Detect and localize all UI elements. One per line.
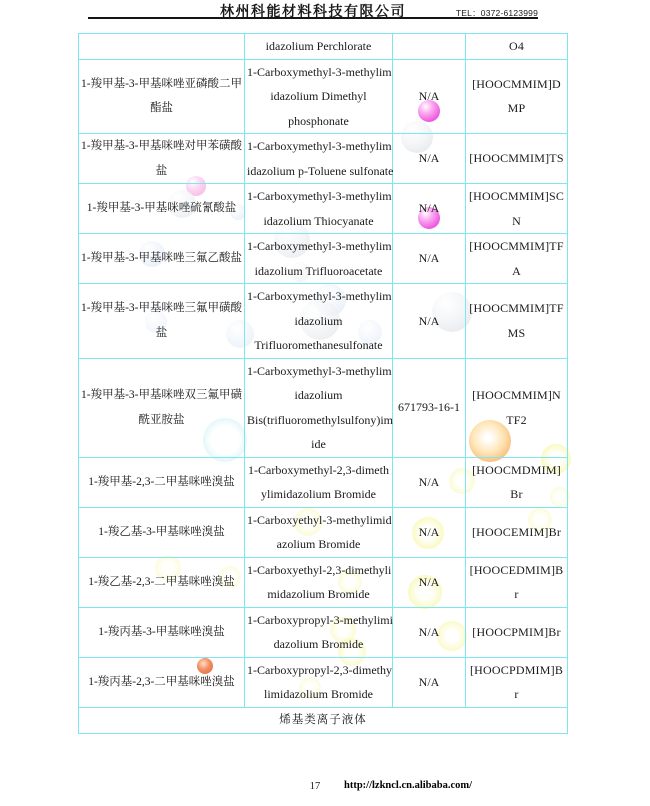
cell-line: 1-Carboxymethyl-3-methylim	[247, 184, 390, 209]
cell-english-name: 1-Carboxyethyl-2,3-dimethylimidazolium B…	[245, 557, 393, 607]
footer-url-link[interactable]: http://lzkncl.cn.alibaba.com/	[344, 780, 472, 791]
cell-line: [HOOCMMIM]TF	[468, 234, 565, 259]
cell-line: N/A	[395, 620, 463, 645]
cell-cas-number: N/A	[393, 657, 466, 707]
cell-line: [HOOCMMIM]TS	[468, 146, 565, 171]
cell-line: 1-Carboxypropyl-2,3-dimethy	[247, 658, 390, 683]
cell-line: [HOOCPMIM]Br	[468, 620, 565, 645]
cell-line: idazolium Perchlorate	[247, 34, 390, 59]
cell-line: idazolium Thiocyanate	[247, 209, 390, 234]
cell-line: 1-Carboxymethyl-3-methylim	[247, 60, 390, 85]
cell-line: 1-Carboxymethyl-2,3-dimeth	[247, 458, 390, 483]
cell-line: 1-Carboxymethyl-3-methylim	[247, 359, 390, 384]
cell-line: 1-羧丙基-3-甲基咪唑溴盐	[81, 620, 242, 645]
cell-line: 酯盐	[81, 96, 242, 121]
compound-row: 1-羧甲基-3-甲基咪唑双三氟甲磺酰亚胺盐1-Carboxymethyl-3-m…	[79, 358, 568, 457]
cell-abbreviation: [HOOCPDMIM]Br	[466, 657, 568, 707]
cell-chinese-name: 1-羧丙基-2,3-二甲基咪唑溴盐	[79, 657, 245, 707]
cell-abbreviation: [HOOCPMIM]Br	[466, 607, 568, 657]
compound-table: idazolium PerchlorateO41-羧甲基-3-甲基咪唑亚磷酸二甲…	[78, 33, 568, 734]
cell-line: [HOOCMMIM]SC	[468, 184, 565, 209]
cell-cas-number: N/A	[393, 557, 466, 607]
cell-chinese-name: 1-羧乙基-2,3-二甲基咪唑溴盐	[79, 557, 245, 607]
cell-chinese-name: 1-羧甲基-3-甲基咪唑硫氰酸盐	[79, 184, 245, 234]
cell-line: N/A	[395, 470, 463, 495]
cell-line: 1-羧乙基-3-甲基咪唑溴盐	[81, 520, 242, 545]
cell-english-name: 1-Carboxyethyl-3-methylimidazolium Bromi…	[245, 507, 393, 557]
cell-line: [HOOCMMIM]N	[468, 383, 565, 408]
cell-abbreviation: [HOOCMMIM]TFA	[466, 234, 568, 284]
cell-english-name: 1-Carboxypropyl-3-methylimidazolium Brom…	[245, 607, 393, 657]
cell-cas-number: N/A	[393, 234, 466, 284]
cell-line: 1-羧甲基-3-甲基咪唑对甲苯磺酸	[81, 134, 242, 159]
cell-line: A	[468, 259, 565, 284]
cell-line: 1-羧丙基-2,3-二甲基咪唑溴盐	[81, 670, 242, 695]
cell-chinese-name: 1-羧甲基-3-甲基咪唑三氟乙酸盐	[79, 234, 245, 284]
cell-line: MP	[468, 96, 565, 121]
compound-row: 1-羧甲基-3-甲基咪唑三氟乙酸盐1-Carboxymethyl-3-methy…	[79, 234, 568, 284]
cell-cas-number: N/A	[393, 457, 466, 507]
cell-abbreviation: O4	[466, 34, 568, 60]
cell-line: phosphonate	[247, 109, 390, 134]
cell-line: 酰亚胺盐	[81, 408, 242, 433]
cell-english-name: idazolium Perchlorate	[245, 34, 393, 60]
cell-line: 1-Carboxyethyl-3-methylimid	[247, 508, 390, 533]
cell-line: r	[468, 582, 565, 607]
cell-cas-number: 671793-16-1	[393, 358, 466, 457]
cell-abbreviation: [HOOCMMIM]TS	[466, 134, 568, 184]
cell-line: 盐	[81, 159, 242, 184]
cell-line: 671793-16-1	[395, 395, 463, 420]
cell-line: N/A	[395, 570, 463, 595]
compound-row: 1-羧乙基-3-甲基咪唑溴盐1-Carboxyethyl-3-methylimi…	[79, 507, 568, 557]
cell-english-name: 1-Carboxypropyl-2,3-dimethylimidazolium …	[245, 657, 393, 707]
cell-line: 1-Carboxyethyl-2,3-dimethyli	[247, 558, 390, 583]
cell-line: 盐	[81, 321, 242, 346]
cell-abbreviation: [HOOCMMIM]DMP	[466, 59, 568, 134]
cell-line: [HOOCEMIM]Br	[468, 520, 565, 545]
cell-line: N/A	[395, 520, 463, 545]
cell-line: 1-羧甲基-3-甲基咪唑双三氟甲磺	[81, 383, 242, 408]
cell-line: Br	[468, 482, 565, 507]
cell-line: N/A	[395, 670, 463, 695]
cell-line: 1-羧甲基-2,3-二甲基咪唑溴盐	[81, 470, 242, 495]
page-number: 17	[298, 781, 332, 792]
cell-line: limidazolium Bromide	[247, 682, 390, 707]
cell-line: [HOOCPDMIM]B	[468, 658, 565, 683]
cell-chinese-name: 1-羧甲基-3-甲基咪唑对甲苯磺酸盐	[79, 134, 245, 184]
cell-chinese-name: 1-羧乙基-3-甲基咪唑溴盐	[79, 507, 245, 557]
compound-row: 1-羧甲基-3-甲基咪唑对甲苯磺酸盐1-Carboxymethyl-3-meth…	[79, 134, 568, 184]
cell-english-name: 1-Carboxymethyl-3-methylimidazoliumBis(t…	[245, 358, 393, 457]
cell-chinese-name: 1-羧甲基-3-甲基咪唑双三氟甲磺酰亚胺盐	[79, 358, 245, 457]
cell-line: ide	[247, 432, 390, 457]
cell-line: [HOOCMMIM]TF	[468, 296, 565, 321]
section-header-row: 烯基类离子液体	[79, 707, 568, 733]
cell-cas-number: N/A	[393, 507, 466, 557]
cell-line: [HOOCEDMIM]B	[468, 558, 565, 583]
cell-english-name: 1-Carboxymethyl-3-methylimidazoliumTrifl…	[245, 284, 393, 359]
cell-cas-number: N/A	[393, 184, 466, 234]
cell-line: 1-羧甲基-3-甲基咪唑硫氰酸盐	[81, 196, 242, 221]
cell-line: MS	[468, 321, 565, 346]
cell-line: O4	[468, 34, 565, 59]
cell-chinese-name: 1-羧丙基-3-甲基咪唑溴盐	[79, 607, 245, 657]
cell-line: 1-Carboxymethyl-3-methylim	[247, 134, 390, 159]
cell-line: idazolium	[247, 309, 390, 334]
cell-english-name: 1-Carboxymethyl-3-methylimidazolium Thio…	[245, 184, 393, 234]
cell-cas-number: N/A	[393, 134, 466, 184]
cell-abbreviation: [HOOCMDMIM]Br	[466, 457, 568, 507]
cell-line: N	[468, 209, 565, 234]
cell-line: 1-Carboxymethyl-3-methylim	[247, 234, 390, 259]
cell-line: dazolium Bromide	[247, 632, 390, 657]
document-page: 林州科能材料科技有限公司 TEL：0372-6123999 idazolium …	[0, 0, 650, 806]
cell-line: N/A	[395, 84, 463, 109]
cell-cas-number: N/A	[393, 607, 466, 657]
compound-row: 1-羧甲基-3-甲基咪唑硫氰酸盐1-Carboxymethyl-3-methyl…	[79, 184, 568, 234]
cell-english-name: 1-Carboxymethyl-3-methylimidazolium Trif…	[245, 234, 393, 284]
cell-line: 1-羧甲基-3-甲基咪唑三氟甲磺酸	[81, 296, 242, 321]
cell-line: [HOOCMMIM]D	[468, 72, 565, 97]
cell-abbreviation: [HOOCMMIM]NTF2	[466, 358, 568, 457]
cell-cas-number	[393, 34, 466, 60]
cell-abbreviation: [HOOCEMIM]Br	[466, 507, 568, 557]
cell-cas-number: N/A	[393, 59, 466, 134]
cell-line: 1-羧乙基-2,3-二甲基咪唑溴盐	[81, 570, 242, 595]
cell-line: azolium Bromide	[247, 532, 390, 557]
cell-line: idazolium	[247, 383, 390, 408]
compound-row: 1-羧甲基-3-甲基咪唑亚磷酸二甲酯盐1-Carboxymethyl-3-met…	[79, 59, 568, 134]
compound-row: 1-羧甲基-3-甲基咪唑三氟甲磺酸盐1-Carboxymethyl-3-meth…	[79, 284, 568, 359]
cell-line: r	[468, 682, 565, 707]
cell-abbreviation: [HOOCEDMIM]Br	[466, 557, 568, 607]
cell-chinese-name	[79, 34, 245, 60]
cell-chinese-name: 1-羧甲基-3-甲基咪唑三氟甲磺酸盐	[79, 284, 245, 359]
cell-abbreviation: [HOOCMMIM]SCN	[466, 184, 568, 234]
cell-line: N/A	[395, 146, 463, 171]
cell-line: 1-羧甲基-3-甲基咪唑亚磷酸二甲	[81, 72, 242, 97]
compound-row: 1-羧甲基-2,3-二甲基咪唑溴盐1-Carboxymethyl-2,3-dim…	[79, 457, 568, 507]
compound-row: 1-羧丙基-2,3-二甲基咪唑溴盐1-Carboxypropyl-2,3-dim…	[79, 657, 568, 707]
cell-abbreviation: [HOOCMMIM]TFMS	[466, 284, 568, 359]
cell-line: 1-Carboxypropyl-3-methylimi	[247, 608, 390, 633]
cell-english-name: 1-Carboxymethyl-3-methylimidazolium p-To…	[245, 134, 393, 184]
cell-line: N/A	[395, 196, 463, 221]
cell-line: idazolium Trifluoroacetate	[247, 259, 390, 284]
cell-line: Bis(trifluoromethylsulfony)im	[247, 408, 390, 433]
compound-row: idazolium PerchlorateO4	[79, 34, 568, 60]
cell-line: Trifluoromethanesulfonate	[247, 333, 390, 358]
cell-line: TF2	[468, 408, 565, 433]
cell-line: midazolium Bromide	[247, 582, 390, 607]
cell-line: 1-Carboxymethyl-3-methylim	[247, 284, 390, 309]
cell-english-name: 1-Carboxymethyl-3-methylimidazolium Dime…	[245, 59, 393, 134]
cell-chinese-name: 1-羧甲基-2,3-二甲基咪唑溴盐	[79, 457, 245, 507]
cell-english-name: 1-Carboxymethyl-2,3-dimethylimidazolium …	[245, 457, 393, 507]
cell-cas-number: N/A	[393, 284, 466, 359]
cell-line: [HOOCMDMIM]	[468, 458, 565, 483]
cell-line: idazolium Dimethyl	[247, 84, 390, 109]
header-rule	[88, 17, 538, 19]
cell-line: N/A	[395, 309, 463, 334]
cell-line: N/A	[395, 246, 463, 271]
cell-line: idazolium p-Toluene sulfonate	[247, 159, 390, 184]
compound-row: 1-羧丙基-3-甲基咪唑溴盐1-Carboxypropyl-3-methylim…	[79, 607, 568, 657]
cell-chinese-name: 1-羧甲基-3-甲基咪唑亚磷酸二甲酯盐	[79, 59, 245, 134]
cell-line: 1-羧甲基-3-甲基咪唑三氟乙酸盐	[81, 246, 242, 271]
compound-row: 1-羧乙基-2,3-二甲基咪唑溴盐1-Carboxyethyl-2,3-dime…	[79, 557, 568, 607]
cell-line: ylimidazolium Bromide	[247, 482, 390, 507]
section-title: 烯基类离子液体	[79, 707, 568, 733]
